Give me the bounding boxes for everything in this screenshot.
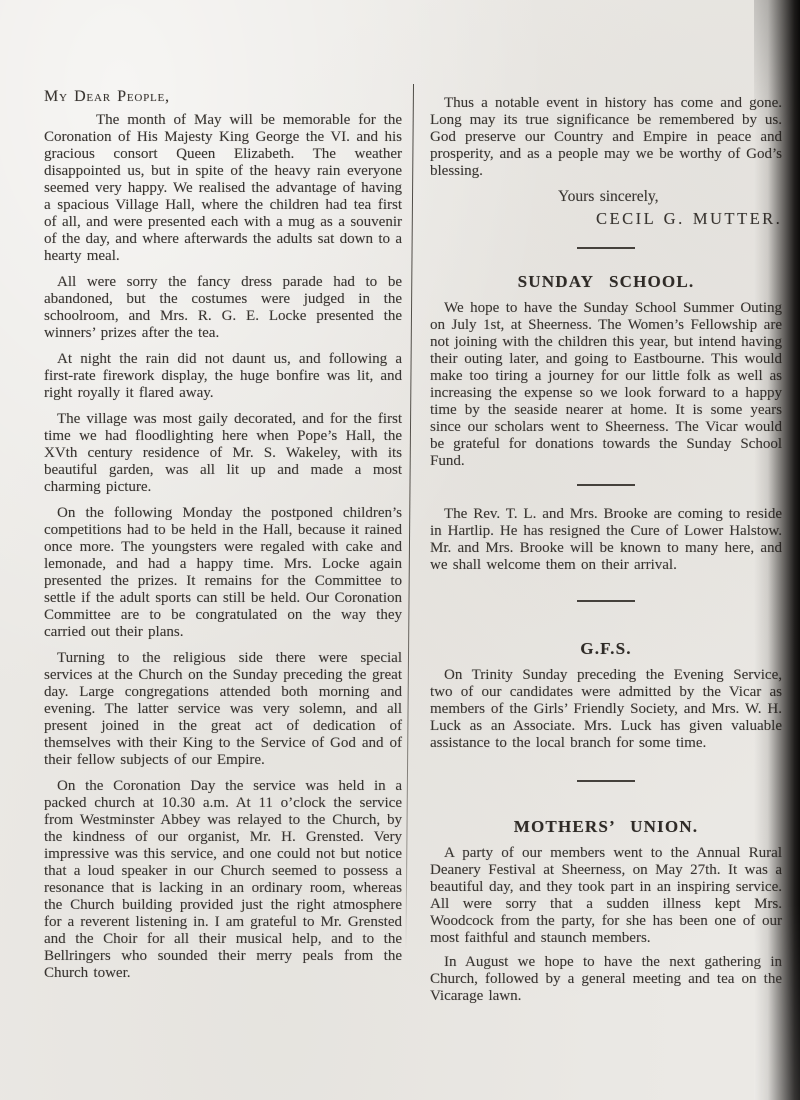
- paragraph-mothers-union-festival: A party of our members went to the Annua…: [430, 845, 782, 947]
- salutation: My Dear People,: [44, 88, 402, 105]
- paragraph-mothers-union-august: In August we hope to have the next gathe…: [430, 954, 782, 1005]
- section-heading-sunday-school: SUNDAY SCHOOL.: [430, 273, 782, 290]
- section-divider-rule: [577, 247, 635, 249]
- signature: CECIL G. MUTTER.: [430, 210, 782, 227]
- paragraph-coronation-day-service: On the Coronation Day the service was he…: [44, 778, 402, 982]
- valediction: Yours sincerely,: [430, 188, 782, 205]
- scanned-newsletter-page: My Dear People, The month of May will be…: [0, 0, 800, 1100]
- left-column: My Dear People, The month of May will be…: [44, 88, 402, 982]
- column-divider-rule: [405, 84, 414, 950]
- section-heading-mothers-union: MOTHERS’ UNION.: [430, 818, 782, 835]
- paragraph-gfs-candidates: On Trinity Sunday preceding the Evening …: [430, 667, 782, 752]
- paragraph-sunday-school-outing: We hope to have the Sunday School Summer…: [430, 300, 782, 470]
- section-divider-rule: [577, 600, 635, 602]
- right-column: Thus a notable event in history has come…: [430, 86, 782, 1005]
- paragraph-rev-brooke: The Rev. T. L. and Mrs. Brooke are comin…: [430, 506, 782, 574]
- paragraph-notable-event: Thus a notable event in history has come…: [430, 95, 782, 180]
- paragraph-floodlighting: The village was most gaily decorated, an…: [44, 411, 402, 496]
- paragraph-coronation-month: The month of May will be memorable for t…: [44, 112, 402, 265]
- paragraph-fireworks: At night the rain did not daunt us, and …: [44, 351, 402, 402]
- section-divider-rule: [577, 484, 635, 486]
- paragraph-fancy-dress: All were sorry the fancy dress parade ha…: [44, 274, 402, 342]
- paragraph-childrens-competitions: On the following Monday the postponed ch…: [44, 505, 402, 641]
- section-heading-gfs: G.F.S.: [430, 640, 782, 657]
- paragraph-special-services: Turning to the religious side there were…: [44, 650, 402, 769]
- section-divider-rule: [577, 780, 635, 782]
